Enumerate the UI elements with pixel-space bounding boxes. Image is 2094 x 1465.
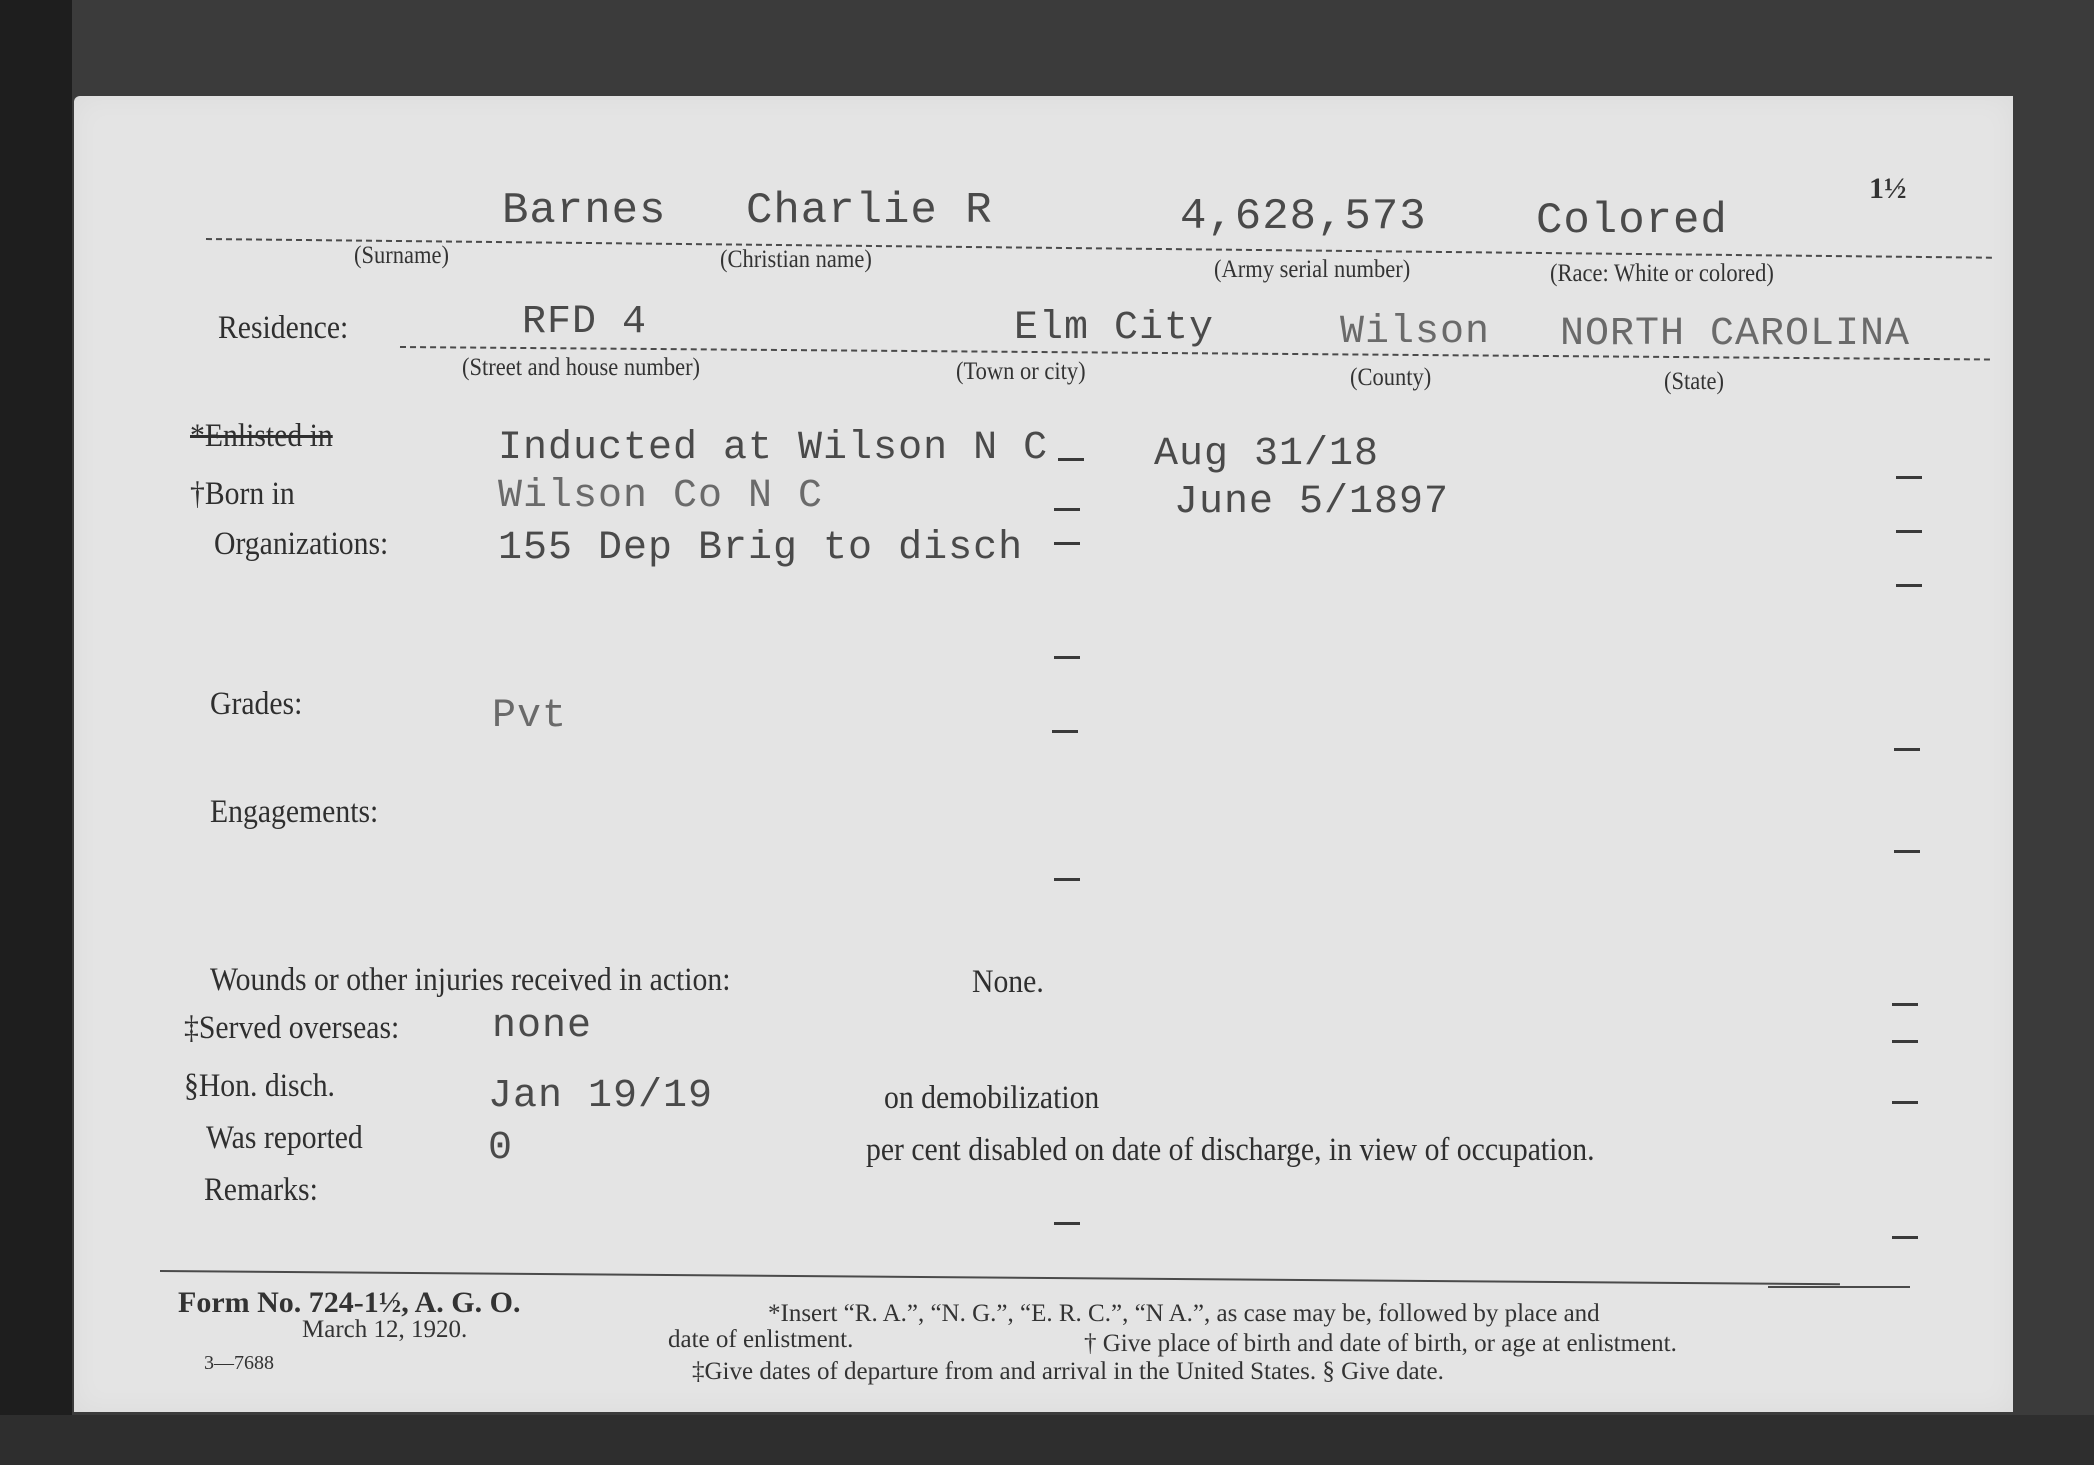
dash-mark xyxy=(1892,1003,1918,1006)
born-label: †Born in xyxy=(190,476,295,513)
dash-mark xyxy=(1894,850,1920,853)
was-reported-suffix: per cent disabled on date of discharge, … xyxy=(866,1132,1595,1169)
street-caption: (Street and house number) xyxy=(462,354,700,382)
dash-mark xyxy=(1052,730,1078,733)
wounds-label: Wounds or other injuries received in act… xyxy=(210,962,731,999)
christian-name-caption: (Christian name) xyxy=(720,246,872,274)
dash-mark xyxy=(1058,458,1084,461)
dash-mark xyxy=(1892,1040,1918,1043)
serial-number-value: 4,628,573 xyxy=(1180,192,1427,242)
scanner-edge-bottom xyxy=(0,1415,2094,1465)
dash-mark xyxy=(1054,542,1080,545)
was-reported-value: 0 xyxy=(488,1126,513,1171)
christian-name-value: Charlie R xyxy=(746,186,993,236)
served-overseas-value: none xyxy=(492,1004,592,1049)
grades-value: Pvt xyxy=(492,694,567,739)
born-value: Wilson Co N C xyxy=(498,474,823,519)
hon-disch-label: §Hon. disch. xyxy=(184,1068,335,1105)
dash-mark xyxy=(1054,1222,1080,1225)
surname-value: Barnes xyxy=(502,186,666,236)
residence-town-value: Elm City xyxy=(1014,306,1214,351)
dash-mark xyxy=(1892,1236,1918,1239)
print-code: 3—7688 xyxy=(204,1352,274,1375)
residence-street-value: RFD 4 xyxy=(522,300,647,345)
was-reported-label: Was reported xyxy=(206,1120,363,1157)
engagements-label: Engagements: xyxy=(210,794,378,831)
dash-mark xyxy=(1054,508,1080,511)
grades-label: Grades: xyxy=(210,686,302,723)
footer-rule xyxy=(160,1270,1840,1285)
surname-caption: (Surname) xyxy=(354,242,449,270)
residence-state-value: NORTH CAROLINA xyxy=(1560,312,1910,357)
wounds-value: None. xyxy=(972,964,1044,1001)
footnote-line-2a: date of enlistment. xyxy=(668,1326,853,1354)
race-caption: (Race: White or colored) xyxy=(1550,260,1774,288)
dash-mark xyxy=(1894,748,1920,751)
born-date: June 5/1897 xyxy=(1174,480,1449,525)
footnote-line-3: ‡Give dates of departure from and arriva… xyxy=(692,1358,1444,1386)
organizations-label: Organizations: xyxy=(214,526,388,563)
remarks-label: Remarks: xyxy=(204,1172,318,1209)
form-number: Form No. 724-1½, A. G. O. xyxy=(178,1286,520,1320)
footnote-line-1: *Insert “R. A.”, “N. G.”, “E. R. C.”, “N… xyxy=(768,1300,1600,1328)
dash-mark xyxy=(1054,878,1080,881)
scanner-edge-left xyxy=(0,0,72,1465)
hon-disch-value: Jan 19/19 xyxy=(488,1074,713,1119)
enlisted-date: Aug 31/18 xyxy=(1154,432,1379,477)
enlisted-label: *Enlisted in xyxy=(190,418,333,455)
dash-mark xyxy=(1896,584,1922,587)
race-value: Colored xyxy=(1536,196,1728,246)
dash-mark xyxy=(1896,530,1922,533)
fraction-mark: 1½ xyxy=(1869,172,1907,206)
served-overseas-label: ‡Served overseas: xyxy=(184,1010,399,1047)
organizations-value: 155 Dep Brig to disch xyxy=(498,526,1023,571)
service-record-card: 1½ Barnes Charlie R 4,628,573 Colored (S… xyxy=(74,96,2013,1412)
form-date: March 12, 1920. xyxy=(302,1316,467,1344)
hon-disch-suffix: on demobilization xyxy=(884,1080,1099,1117)
footnote-line-2b: † Give place of birth and date of birth,… xyxy=(1084,1330,1677,1358)
town-caption: (Town or city) xyxy=(956,358,1086,386)
footer-rule-short xyxy=(1768,1286,1910,1288)
residence-county-value: Wilson xyxy=(1340,310,1490,355)
county-caption: (County) xyxy=(1350,364,1431,392)
state-caption: (State) xyxy=(1664,368,1724,396)
residence-label: Residence: xyxy=(218,310,348,347)
dash-mark xyxy=(1054,656,1080,659)
enlisted-value: Inducted at Wilson N C xyxy=(498,426,1048,471)
dash-mark xyxy=(1892,1101,1918,1104)
serial-number-caption: (Army serial number) xyxy=(1214,256,1410,284)
dash-mark xyxy=(1896,476,1922,479)
